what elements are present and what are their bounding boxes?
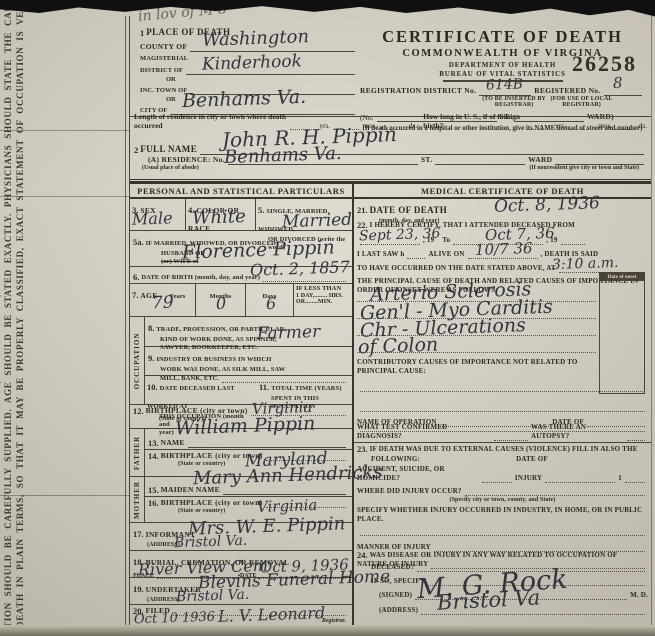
registered-no-label: REGISTERED No. xyxy=(534,86,600,96)
item-number: 14. xyxy=(148,451,159,461)
item-number: 8. xyxy=(148,323,154,333)
date-of-injury-label: DATE OF xyxy=(516,455,548,464)
to-label: To xyxy=(442,236,450,245)
mother-name-row: 15.MAIDEN NAME Mary Ann Hendricks xyxy=(145,477,352,497)
item-number: 9. xyxy=(148,353,154,363)
ds-label: ds. xyxy=(409,121,418,130)
if-less-label: IF LESS THAN xyxy=(296,285,350,293)
min-label: OR........MIN. xyxy=(296,299,350,305)
residence-row: (A) RESIDENCE: No. ST. WARD Benhams Va. … xyxy=(130,155,651,179)
personal-column: PERSONAL AND STATISTICAL PARTICULARS 3.S… xyxy=(130,184,354,634)
date-of-birth-row: 6.DATE OF BIRTH (month, day, and year) O… xyxy=(130,267,352,284)
undertaker-row: 19.UNDERTAKER (ADDRESS) Blevins Funeral … xyxy=(130,578,352,605)
yrs-label: yrs. xyxy=(555,121,566,130)
item-number: 16. xyxy=(148,498,159,508)
residence-label: (A) RESIDENCE: No. xyxy=(148,155,225,165)
specify-industry-label2: PLACE. xyxy=(357,515,384,524)
occupation-question-line1: WAS DISEASE OR INJURY IN ANY WAY RELATED… xyxy=(370,551,618,560)
external-causes-block: 23. IF DEATH WAS DUE TO EXTERNAL CAUSES … xyxy=(354,443,651,549)
date-of-death-row: 21.DATE OF DEATH (month, day, and year) … xyxy=(354,199,651,219)
certificate-title: CERTIFICATE OF DEATH xyxy=(360,27,645,47)
mother-side-label: MOTHER xyxy=(130,477,145,522)
stray-one: 1 xyxy=(618,474,622,483)
father-name-row: 13.NAME William Pippin xyxy=(145,429,352,450)
time-of-death-value: 3:10 a.m. xyxy=(552,256,619,272)
age-row: 7.AGE Years 79 Months 0 Days 6 IF LESS T… xyxy=(130,284,352,317)
last-saw-value: 10/7 36 xyxy=(475,241,533,258)
abode-note: (Usual place of abode) xyxy=(142,165,199,171)
occupation-group: OCCUPATION 8.TRADE, PROFESSION, OR PARTI… xyxy=(130,317,352,405)
injury-label: INJURY xyxy=(515,474,542,483)
margin-instruction-line1: N. B.=WRITE PLAINLY, WITH UNFADING INK (… xyxy=(0,0,1,628)
county-value: Washington xyxy=(202,28,310,50)
age-years-value: 79 xyxy=(152,295,174,313)
item-number: 1 xyxy=(140,28,144,38)
local-registrar-note: (FOR USE OF LOCAL REGISTRAR) xyxy=(548,96,615,108)
us-length-label: How long in U. S., if of foreign birth? xyxy=(423,112,523,130)
death-certificate-scan: MARGIN RESERVED FOR BINDING N. B.=WRITE … xyxy=(0,0,655,636)
inserted-by-registrar-note: (TO BE INSERTED BY REGISTRAR) xyxy=(480,96,548,108)
or-label: OR xyxy=(166,76,358,83)
place-of-death-block: 1 PLACE OF DEATH COUNTY OF Washington MA… xyxy=(130,25,358,116)
industry-row: 9.INDUSTRY OR BUSINESS IN WHICH WORK WAS… xyxy=(145,347,352,376)
certificate-title-block: CERTIFICATE OF DEATH COMMONWEALTH OF VIR… xyxy=(358,25,651,116)
personal-section-title: PERSONAL AND STATISTICAL PARTICULARS xyxy=(130,184,352,199)
item-number: 24. xyxy=(357,550,368,560)
inc-town-label: INC. TOWN OF xyxy=(140,87,187,95)
item-number: 21. xyxy=(357,205,368,215)
date-of-onset-label: Date of onset xyxy=(600,273,644,281)
mos-label: mos. xyxy=(598,121,612,130)
margin-instruction-line3: DEATH IN PLAIN TERMS, SO THAT IT MAY BE … xyxy=(15,0,25,628)
color-race-value: White xyxy=(192,208,246,228)
test-label: WHAT TEST CONFIRMED DIAGNOSIS? xyxy=(357,423,491,441)
item-number: 12. xyxy=(133,406,144,416)
form-header: 1 PLACE OF DEATH COUNTY OF Washington MA… xyxy=(130,16,651,116)
last-saw-label: I LAST SAW h xyxy=(357,250,404,259)
last-worked-row: 10.DATE DECEASED LAST WORKED AT THIS OCC… xyxy=(145,376,352,403)
age-months-value: 0 xyxy=(216,296,227,312)
test-autopsy-row: WHAT TEST CONFIRMED DIAGNOSIS? WAS THERE… xyxy=(354,428,651,443)
date-of-death-value: Oct. 8, 1936 xyxy=(494,195,601,216)
trade-row: 8.TRADE, PROFESSION, OR PARTICULAR KIND … xyxy=(145,317,352,347)
item-number: 10. xyxy=(147,382,158,392)
date-of-birth-label: DATE OF BIRTH (month, day, and year) xyxy=(141,274,260,282)
occurred-label: TO HAVE OCCURRED ON THE DATE STATED ABOV… xyxy=(357,264,556,273)
father-name-value: William Pippin xyxy=(175,415,316,439)
trade-value: Farmer xyxy=(257,324,321,343)
total-time-label: TOTAL TIME (YEARS) xyxy=(271,385,341,392)
alive-on-label: ALIVE ON xyxy=(428,250,464,259)
date-of-death-label: DATE OF DEATH xyxy=(370,205,448,215)
informant-row: 17.INFORMANT (ADDRESS) Mrs. W. E. Pippin… xyxy=(130,523,352,551)
nonresident-note: (If nonresident give city or town and St… xyxy=(529,165,639,171)
occupation-question-block: 24. WAS DISEASE OR INJURY IN ANY WAY REL… xyxy=(354,549,651,619)
age-days-value: 6 xyxy=(266,296,277,312)
informant-address-value: Bristol Va. xyxy=(174,534,248,551)
mother-birthplace-value: Virginia xyxy=(257,498,318,515)
specify-city-note: (Specify city or town, county, and State… xyxy=(357,497,648,503)
father-side-label: FATHER xyxy=(130,429,145,476)
st-label: ST. xyxy=(421,155,432,165)
trade-label-2: KIND OF WORK DONE, AS SPINNER, xyxy=(160,336,349,344)
residence-value: Benhams Va. xyxy=(224,145,342,167)
cause-line-4: of Colon xyxy=(358,336,439,358)
item-number: 5. xyxy=(258,205,264,215)
district-of-label: DISTRICT OF xyxy=(140,67,183,75)
attended-from-value: Sept 23, 36 xyxy=(359,227,441,244)
specify-industry-label: SPECIFY WHETHER INJURY OCCURRED IN INDUS… xyxy=(357,506,648,515)
where-injury-label: WHERE DID INJURY OCCUR? xyxy=(357,487,462,496)
ds-label: ds. xyxy=(638,121,647,130)
industry-label: INDUSTRY OR BUSINESS IN WHICH xyxy=(156,356,271,363)
item-number: 2 xyxy=(134,145,138,155)
item-number: 6. xyxy=(133,272,139,282)
medical-column: MEDICAL CERTIFICATE OF DEATH Date of ons… xyxy=(354,184,651,634)
registration-district-label: REGISTRATION DISTRICT No. xyxy=(360,86,476,96)
signed-label: (SIGNED) xyxy=(379,591,412,600)
item-number: 19. xyxy=(133,584,144,594)
item-number: 23. xyxy=(357,444,368,454)
scan-bottom-edge xyxy=(0,625,655,636)
physician-address-value: Bristol Va xyxy=(437,588,541,614)
item-number: 7. xyxy=(132,290,138,300)
undertaker-address-value: Bristol Va. xyxy=(176,588,250,605)
filed-row: 20.FILED Oct 10 1936 L. V. Leonard Regis… xyxy=(130,605,352,625)
sex-color-marital-row: 3.SEX Male 4.COLOR OR RACE White 5.SINGL… xyxy=(130,199,352,231)
registered-no-value: 8 xyxy=(613,76,623,91)
item-number: 13. xyxy=(148,438,159,448)
county-label: COUNTY OF xyxy=(140,42,187,52)
certificate-form: 1 PLACE OF DEATH COUNTY OF Washington MA… xyxy=(129,16,652,628)
full-name-label: FULL NAME xyxy=(140,144,197,155)
mother-birthplace-label: BIRTHPLACE (city or town) xyxy=(161,498,263,508)
item-number: 5a. xyxy=(133,237,144,247)
margin-instruction-line2: TION SHOULD BE CAREFULLY SUPPLIED. AGE S… xyxy=(3,0,13,628)
autopsy-label: WAS THERE AN AUTOPSY? xyxy=(531,423,624,441)
md-label: M. D. xyxy=(630,591,648,600)
registrar-signature: L. V. Leonard xyxy=(218,605,326,625)
item-number: 17. xyxy=(133,529,144,539)
date-of-birth-value: Oct. 2, 1857 xyxy=(250,259,350,278)
item-number: 11. xyxy=(259,382,269,392)
industry-label-2: WORK WAS DONE, AS SILK MILL, SAW xyxy=(160,366,349,374)
external-line1: IF DEATH WAS DUE TO EXTERNAL CAUSES (VIO… xyxy=(370,445,638,454)
marital-value: Married xyxy=(282,212,353,231)
city-value: Benhams Va. xyxy=(182,88,307,111)
district-value: Kinderhook xyxy=(202,53,302,73)
physician-address-label: (ADDRESS) xyxy=(379,606,418,615)
occupation-side-label: OCCUPATION xyxy=(130,317,145,404)
full-name-row: 2 FULL NAME John R. H. Pippin xyxy=(130,131,651,155)
father-name-label: NAME xyxy=(161,438,185,448)
certificate-number: 26258 xyxy=(572,51,637,77)
sex-value: Male xyxy=(132,210,173,227)
ward-label: WARD xyxy=(528,155,552,165)
registration-district-value: 614B xyxy=(486,77,523,92)
item-number: 15. xyxy=(148,485,159,495)
date-of-onset-box: Date of onset xyxy=(599,272,645,394)
